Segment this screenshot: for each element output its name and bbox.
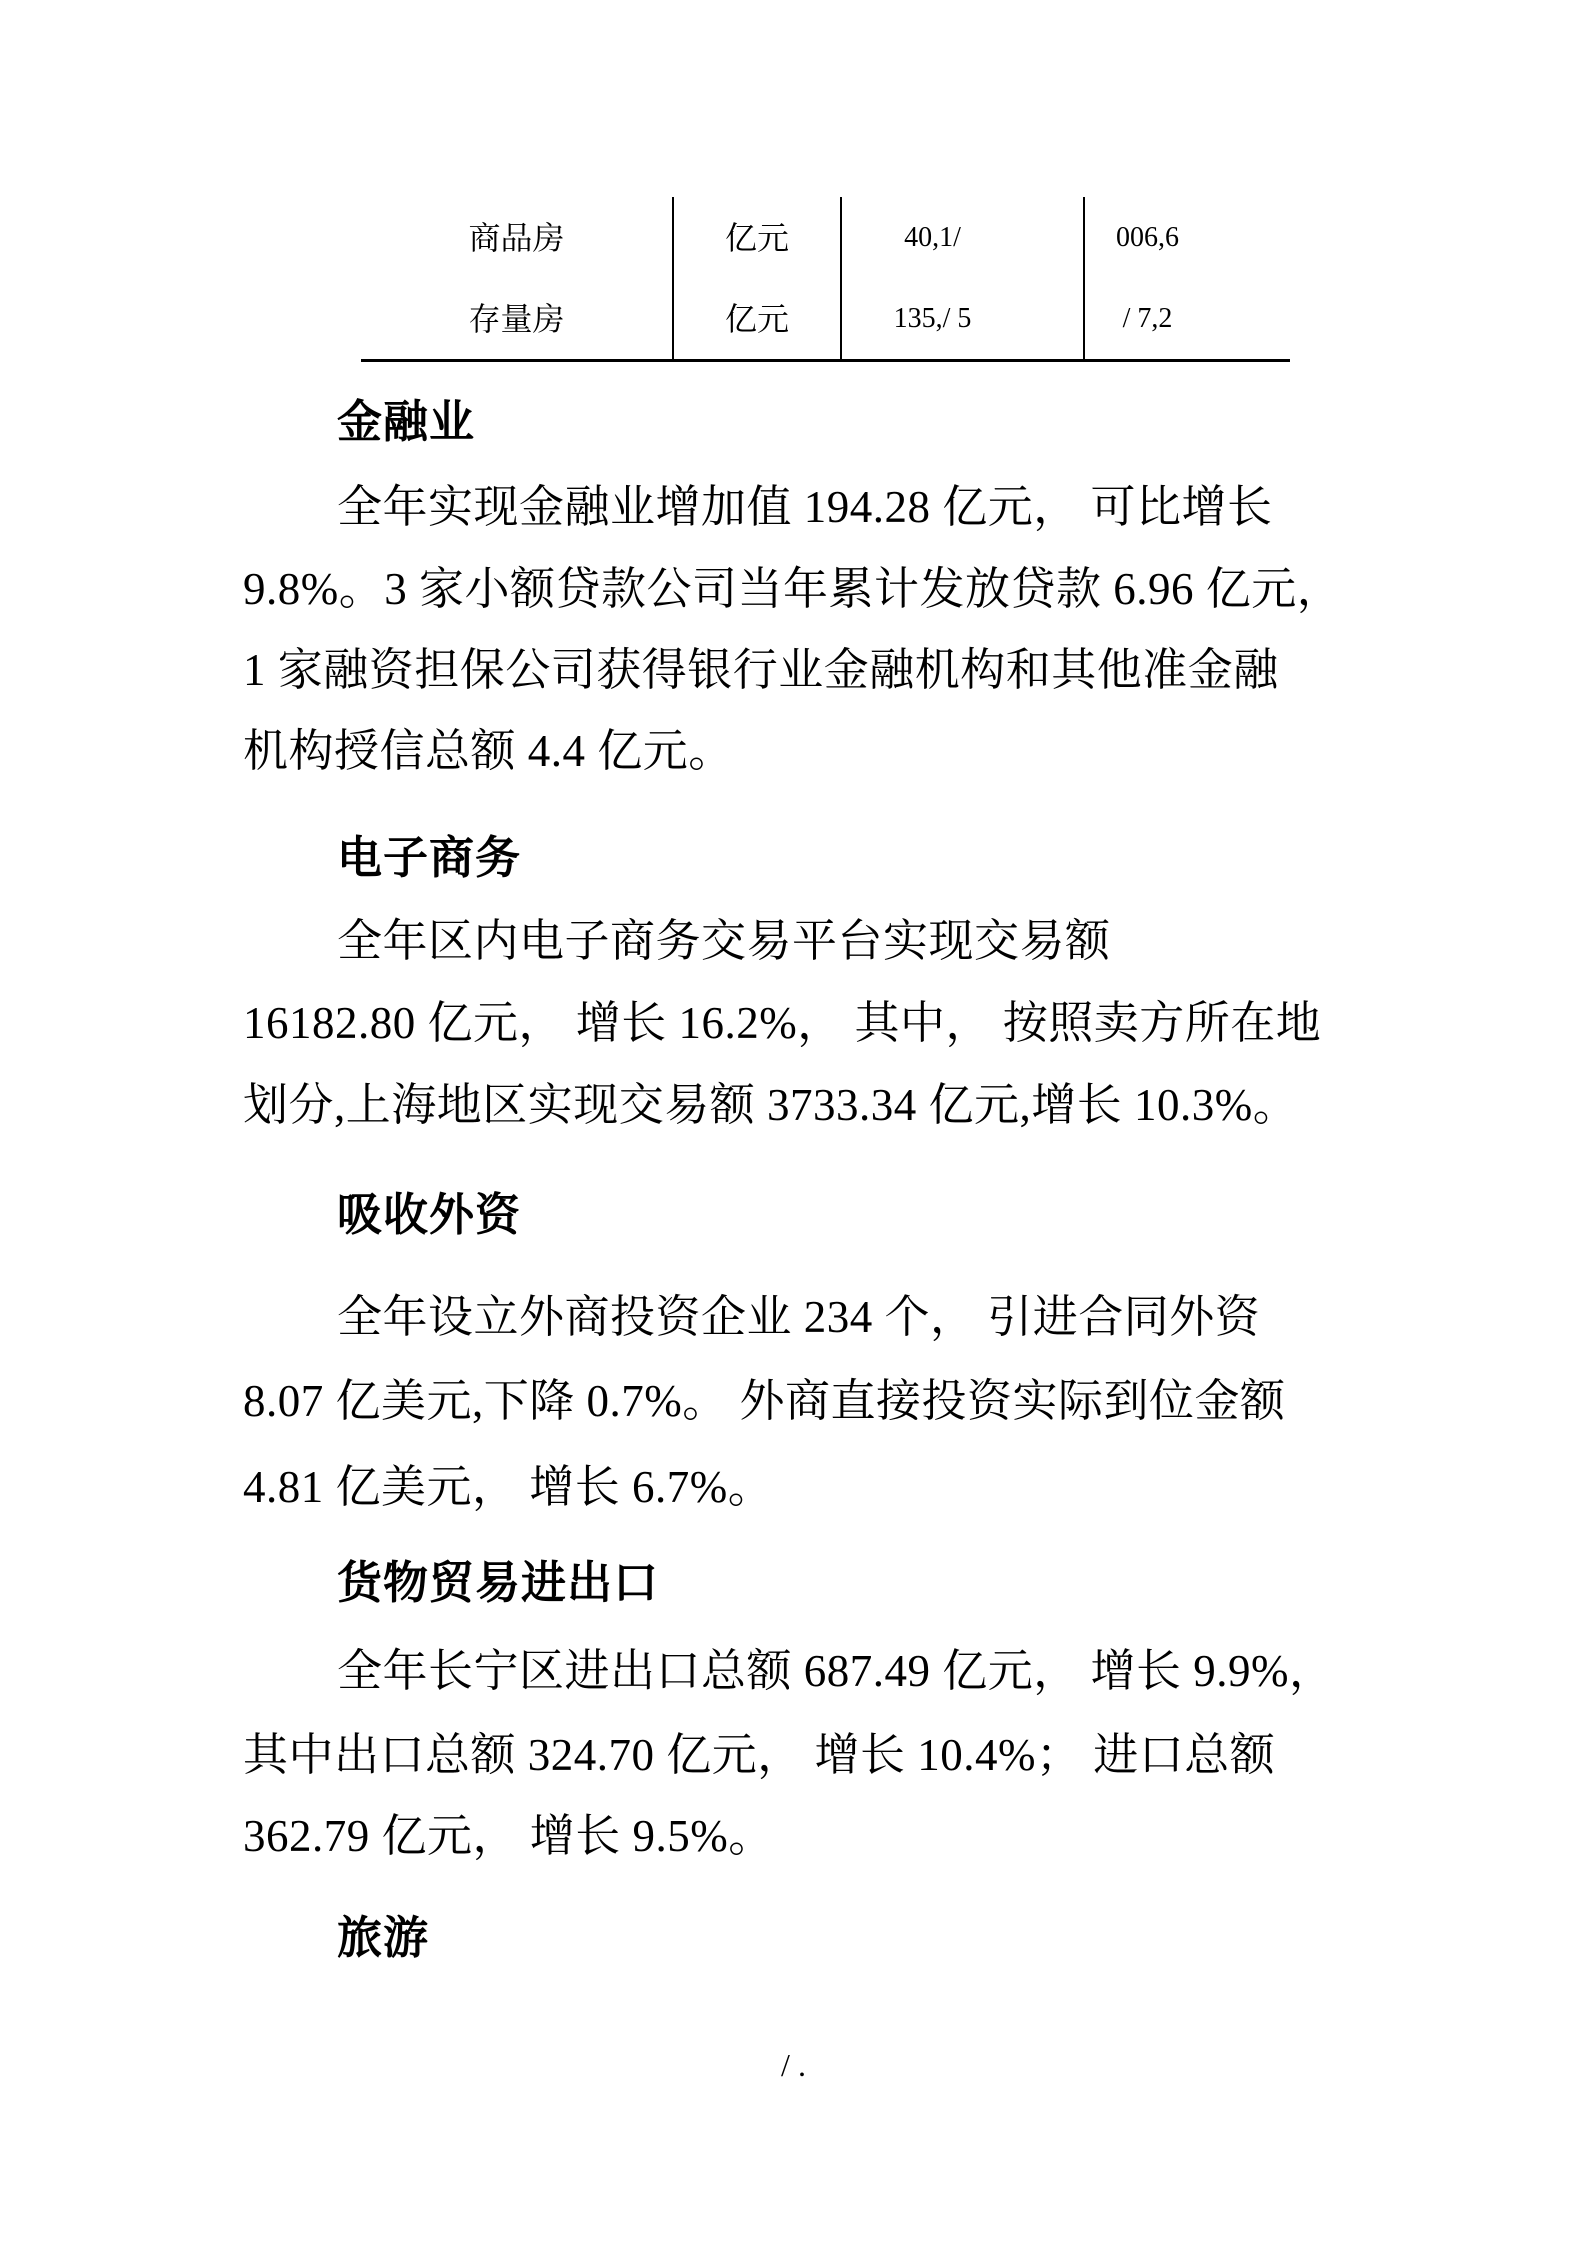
heading-ecommerce: 电子商务 [337,836,521,881]
table-cell-value2: 006,6 [1085,197,1290,278]
paragraph-line: 全年长宁区进出口总额 687.49 亿元， 增长 9.9%， [337,1649,1335,1694]
page-number-marker: / . [0,2049,1587,2081]
paragraph-line: 362.79 亿元， 增长 9.5%。 [243,1814,774,1859]
table-cell-value1: 40,1/ [842,197,1085,278]
table-cell-label: 存量房 [361,278,674,359]
table-cell-value2: / 7,2 [1085,278,1290,359]
paragraph-line: 机构授信总额 4.4 亿元。 [243,729,734,774]
statistics-table: 商品房 亿元 40,1/ 006,6 存量房 亿元 135,/ 5 / 7,2 [361,197,1290,362]
paragraph-line: 全年区内电子商务交易平台实现交易额 [337,919,1111,964]
paragraph-line: 4.81 亿美元， 增长 6.7%。 [243,1465,773,1510]
heading-goods-trade: 货物贸易进出口 [337,1561,659,1606]
paragraph-line: 8.07 亿美元,下降 0.7%。 外商直接投资实际到位金额 [243,1379,1286,1424]
heading-foreign-investment: 吸收外资 [337,1193,521,1238]
heading-finance: 金融业 [337,400,475,445]
document-page: 商品房 亿元 40,1/ 006,6 存量房 亿元 135,/ 5 / 7,2 … [0,0,1587,2245]
table-cell-unit: 亿元 [674,197,842,278]
paragraph-line: 划分,上海地区实现交易额 3733.34 亿元,增长 10.3%。 [243,1083,1298,1128]
paragraph-line: 全年实现金融业增加值 194.28 亿元， 可比增长 [337,485,1273,530]
table-cell-unit: 亿元 [674,278,842,359]
table-cell-label: 商品房 [361,197,674,278]
table-cell-value1: 135,/ 5 [842,278,1085,359]
paragraph-line: 全年设立外商投资企业 234 个， 引进合同外资 [337,1295,1260,1340]
paragraph-line: 其中出口总额 324.70 亿元， 增长 10.4%； 进口总额 [243,1733,1275,1778]
paragraph-line: 9.8%。3 家小额贷款公司当年累计发放贷款 6.96 亿元， [243,567,1342,612]
heading-tourism: 旅游 [337,1916,429,1961]
paragraph-line: 1 家融资担保公司获得银行业金融机构和其他准金融 [243,648,1279,693]
paragraph-line: 16182.80 亿元， 增长 16.2%， 其中， 按照卖方所在地 [243,1001,1321,1046]
